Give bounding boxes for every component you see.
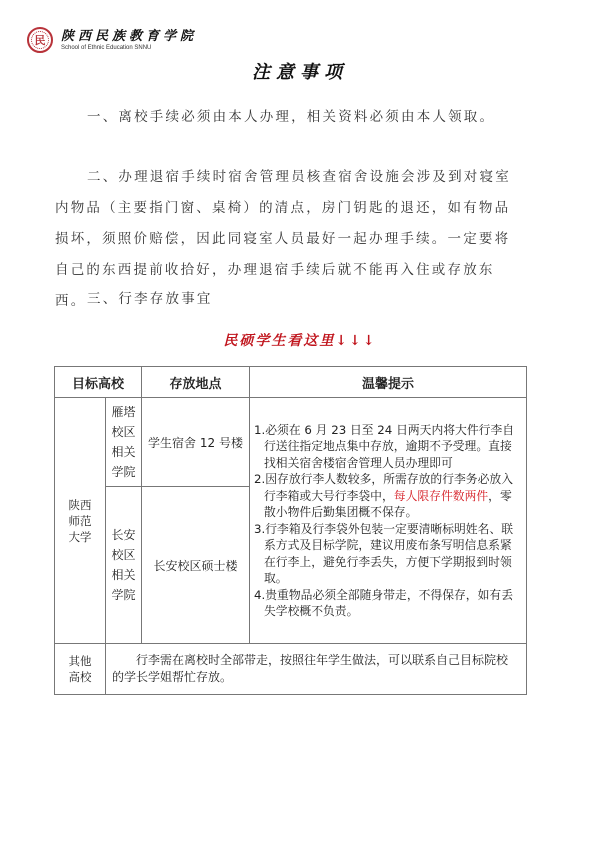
tip-item: 3.行李箱及行李袋外包装一定要清晰标明姓名、联系方式及目标学院，建议用废布条写明…: [254, 521, 520, 587]
luggage-storage-table: 目标高校 存放地点 温馨提示 陕西师范大学 雁塔校区相关学院 学生宿舍 12 号…: [54, 366, 527, 695]
campus-name: 长安校区相关学院: [112, 525, 136, 605]
school-logo: 民 陕西民族教育学院 School of Ethnic Education SN…: [27, 27, 197, 53]
table-header-row: 目标高校 存放地点 温馨提示: [55, 367, 527, 398]
paragraph-3: 三、行李存放事宜: [55, 284, 525, 315]
school-name: 陕西师范大学: [67, 497, 93, 545]
other-school-note: 行李需在离校时全部带走，按照往年学生做法，可以联系自己目标院校的学长学姐帮忙存放…: [106, 644, 527, 695]
table-row: 陕西师范大学 雁塔校区相关学院 学生宿舍 12 号楼 1.必须在 6 月 23 …: [55, 398, 527, 487]
tip-item: 4.贵重物品必须全部随身带走，不得保存，如有丢失学校概不负责。: [254, 587, 520, 620]
header-tips: 温馨提示: [250, 367, 527, 398]
header-storage-location: 存放地点: [142, 367, 250, 398]
header-target-school: 目标高校: [55, 367, 142, 398]
campus-cell: 雁塔校区相关学院: [106, 398, 142, 487]
campus-name: 雁塔校区相关学院: [112, 402, 136, 482]
school-cell: 陕西师范大学: [55, 398, 106, 644]
page-title: 注意事项: [0, 58, 600, 84]
other-school-cell: 其他高校: [55, 644, 106, 695]
school-seal-icon: 民: [27, 27, 53, 53]
other-note-text: 行李需在离校时全部带走，按照往年学生做法，可以联系自己目标院校的学长学姐帮忙存放…: [112, 653, 508, 684]
location-cell: 长安校区硕士楼: [142, 487, 250, 644]
tip-highlight: 每人限存件数两件: [394, 489, 488, 503]
paragraph-1: 一、离校手续必须由本人办理，相关资料必须由本人领取。: [55, 102, 525, 133]
logo-name-en: School of Ethnic Education SNNU: [61, 44, 197, 52]
logo-name-cn: 陕西民族教育学院: [61, 29, 197, 44]
campus-cell: 长安校区相关学院: [106, 487, 142, 644]
location-cell: 学生宿舍 12 号楼: [142, 398, 250, 487]
tip-item: 2.因存放行李人数较多，所需存放的行李务必放入行李箱或大号行李袋中，每人限存件数…: [254, 471, 520, 521]
tips-cell: 1.必须在 6 月 23 日至 24 日两天内将大件行李自行送往指定地点集中存放…: [250, 398, 527, 644]
other-school-name: 其他高校: [67, 653, 93, 685]
notice-heading: 民硕学生看这里↓↓↓: [0, 330, 600, 350]
table-row-other: 其他高校 行李需在离校时全部带走，按照往年学生做法，可以联系自己目标院校的学长学…: [55, 644, 527, 695]
tip-item: 1.必须在 6 月 23 日至 24 日两天内将大件行李自行送往指定地点集中存放…: [254, 422, 520, 472]
logo-text: 陕西民族教育学院 School of Ethnic Education SNNU: [61, 29, 197, 52]
